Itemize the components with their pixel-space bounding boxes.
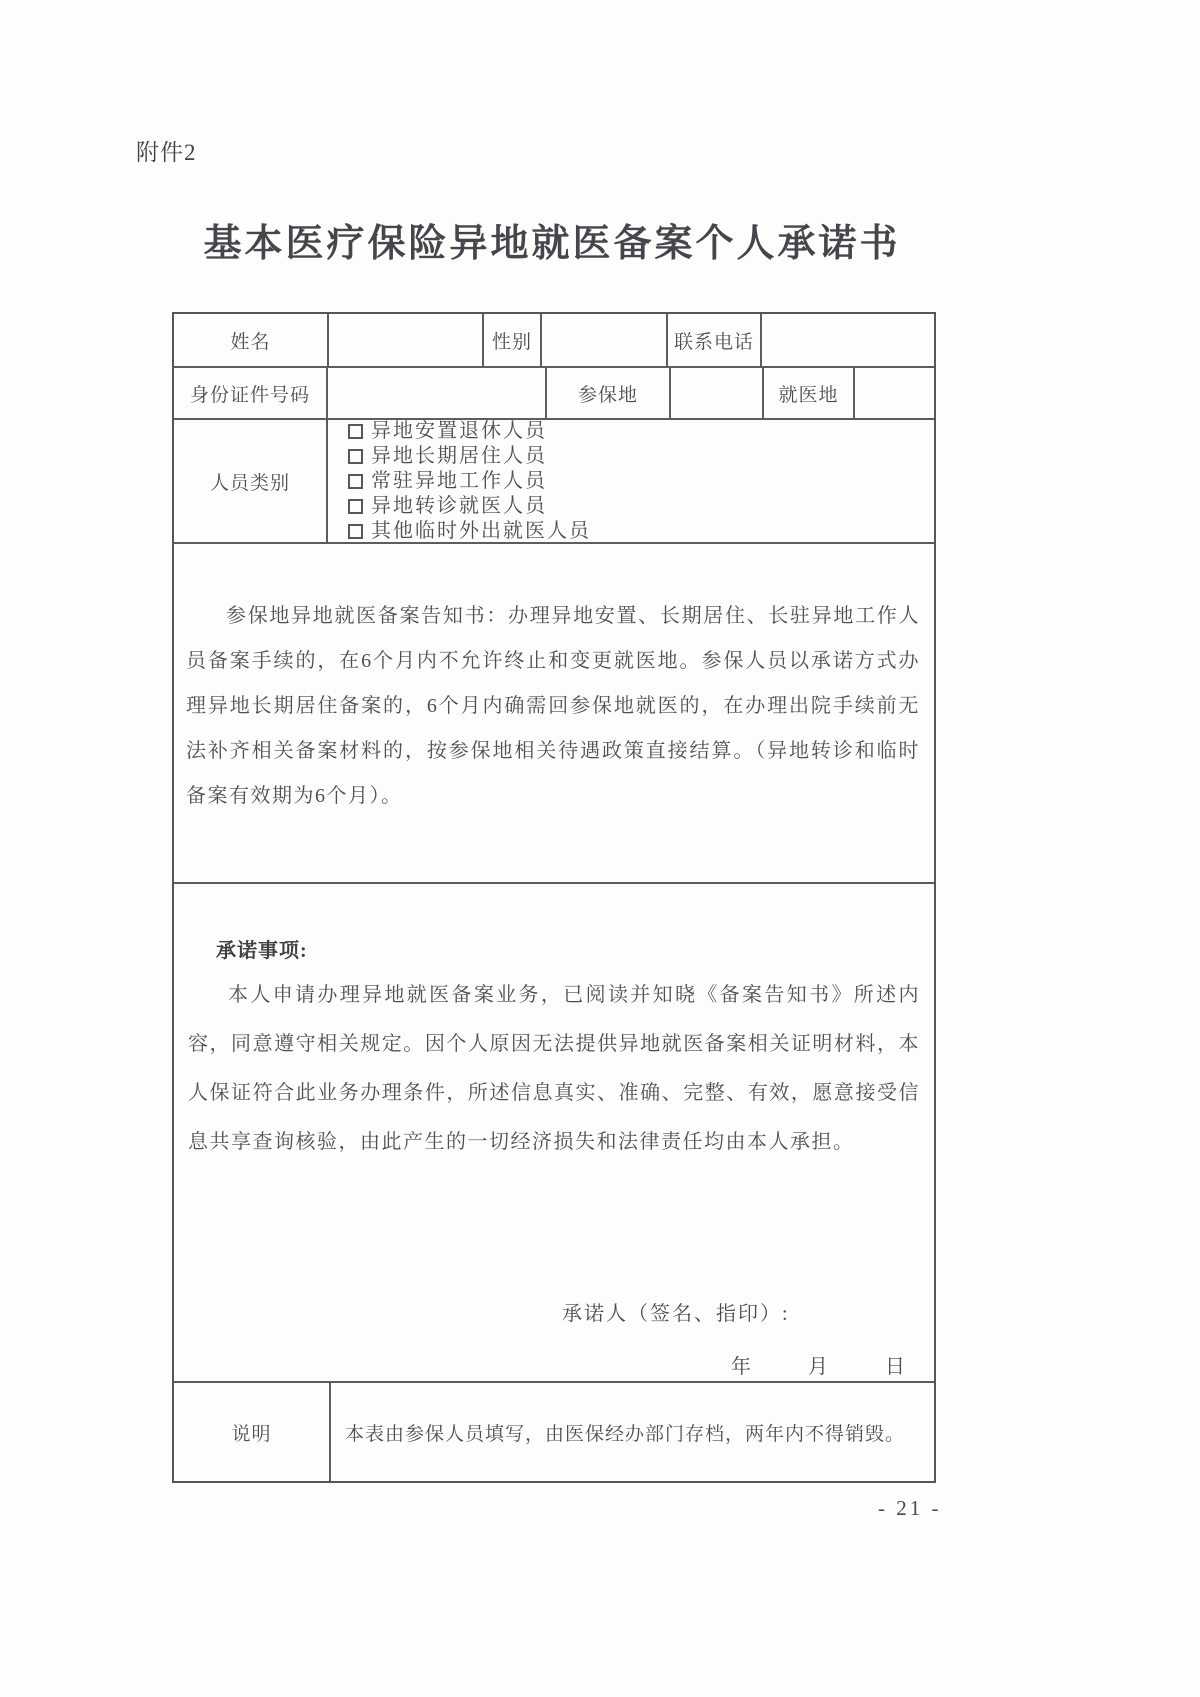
day-label: 日 — [885, 1350, 906, 1379]
name-label: 姓名 — [174, 314, 329, 366]
row-basic-info-2: 身份证件号码 参保地 就医地 — [174, 368, 934, 420]
year-label: 年 — [731, 1350, 752, 1379]
checkbox-icon[interactable] — [348, 449, 363, 464]
treatment-place-input-cell[interactable] — [855, 368, 934, 418]
person-type-option-label: 异地转诊就医人员 — [371, 494, 547, 518]
person-type-option[interactable]: 其他临时外出就医人员 — [348, 519, 591, 543]
commitment-form-table: 姓名 性别 联系电话 身份证件号码 参保地 就医地 人员类别 异地安置退休人员 — [172, 312, 936, 1483]
signer-label: 承诺人（签名、指印）: — [562, 1297, 790, 1326]
person-type-option[interactable]: 异地转诊就医人员 — [348, 494, 547, 518]
document-page: 附件2 基本医疗保险异地就医备案个人承诺书 姓名 性别 联系电话 身份证件号码 … — [0, 0, 1200, 1697]
commitment-section: 承诺事项: 本人申请办理异地就医备案业务，已阅读并知晓《备案告知书》所述内容，同… — [174, 884, 934, 1381]
date-line: 年 月 日 — [731, 1350, 906, 1379]
row-basic-info-1: 姓名 性别 联系电话 — [174, 314, 934, 368]
person-type-option[interactable]: 异地长期居住人员 — [348, 444, 547, 468]
person-type-option-label: 其他临时外出就医人员 — [371, 519, 591, 543]
page-title: 基本医疗保险异地就医备案个人承诺书 — [0, 212, 1104, 267]
person-type-option[interactable]: 常驻异地工作人员 — [348, 469, 547, 493]
commitment-heading: 承诺事项: — [216, 934, 920, 963]
commitment-paragraph: 本人申请办理异地就医备案业务，已阅读并知晓《备案告知书》所述内容，同意遵守相关规… — [188, 971, 920, 1167]
person-type-label: 人员类别 — [174, 420, 328, 542]
person-type-option-label: 异地长期居住人员 — [371, 444, 547, 468]
checkbox-icon[interactable] — [348, 424, 363, 439]
row-note: 说明 本表由参保人员填写，由医保经办部门存档，两年内不得销毁。 — [174, 1383, 934, 1481]
row-notice: 参保地异地就医备案告知书：办理异地安置、长期居住、长驻异地工作人员备案手续的，在… — [174, 544, 934, 884]
gender-label: 性别 — [484, 314, 542, 366]
checkbox-icon[interactable] — [348, 474, 363, 489]
month-label: 月 — [808, 1350, 829, 1379]
note-text: 本表由参保人员填写，由医保经办部门存档，两年内不得销毁。 — [331, 1383, 934, 1481]
person-type-option-label: 常驻异地工作人员 — [371, 469, 547, 493]
id-number-label: 身份证件号码 — [174, 368, 328, 418]
note-label: 说明 — [174, 1383, 331, 1481]
phone-label: 联系电话 — [668, 314, 762, 366]
phone-input-cell[interactable] — [762, 314, 934, 366]
treatment-place-label: 就医地 — [764, 368, 855, 418]
checkbox-icon[interactable] — [348, 524, 363, 539]
notice-paragraph: 参保地异地就医备案告知书：办理异地安置、长期居住、长驻异地工作人员备案手续的，在… — [174, 544, 934, 882]
person-type-options: 异地安置退休人员 异地长期居住人员 常驻异地工作人员 异地转诊就医人员 其他临时… — [328, 420, 934, 542]
person-type-option[interactable]: 异地安置退休人员 — [348, 419, 547, 443]
attachment-label: 附件2 — [136, 134, 197, 167]
insured-place-label: 参保地 — [547, 368, 671, 418]
name-input-cell[interactable] — [329, 314, 484, 366]
page-number: - 21 - — [878, 1496, 942, 1521]
person-type-option-label: 异地安置退休人员 — [371, 419, 547, 443]
checkbox-icon[interactable] — [348, 499, 363, 514]
row-commitment: 承诺事项: 本人申请办理异地就医备案业务，已阅读并知晓《备案告知书》所述内容，同… — [174, 884, 934, 1383]
id-number-input-cell[interactable] — [328, 368, 547, 418]
insured-place-input-cell[interactable] — [671, 368, 764, 418]
row-person-type: 人员类别 异地安置退休人员 异地长期居住人员 常驻异地工作人员 异地转诊就医人员 — [174, 420, 934, 544]
gender-input-cell[interactable] — [542, 314, 668, 366]
